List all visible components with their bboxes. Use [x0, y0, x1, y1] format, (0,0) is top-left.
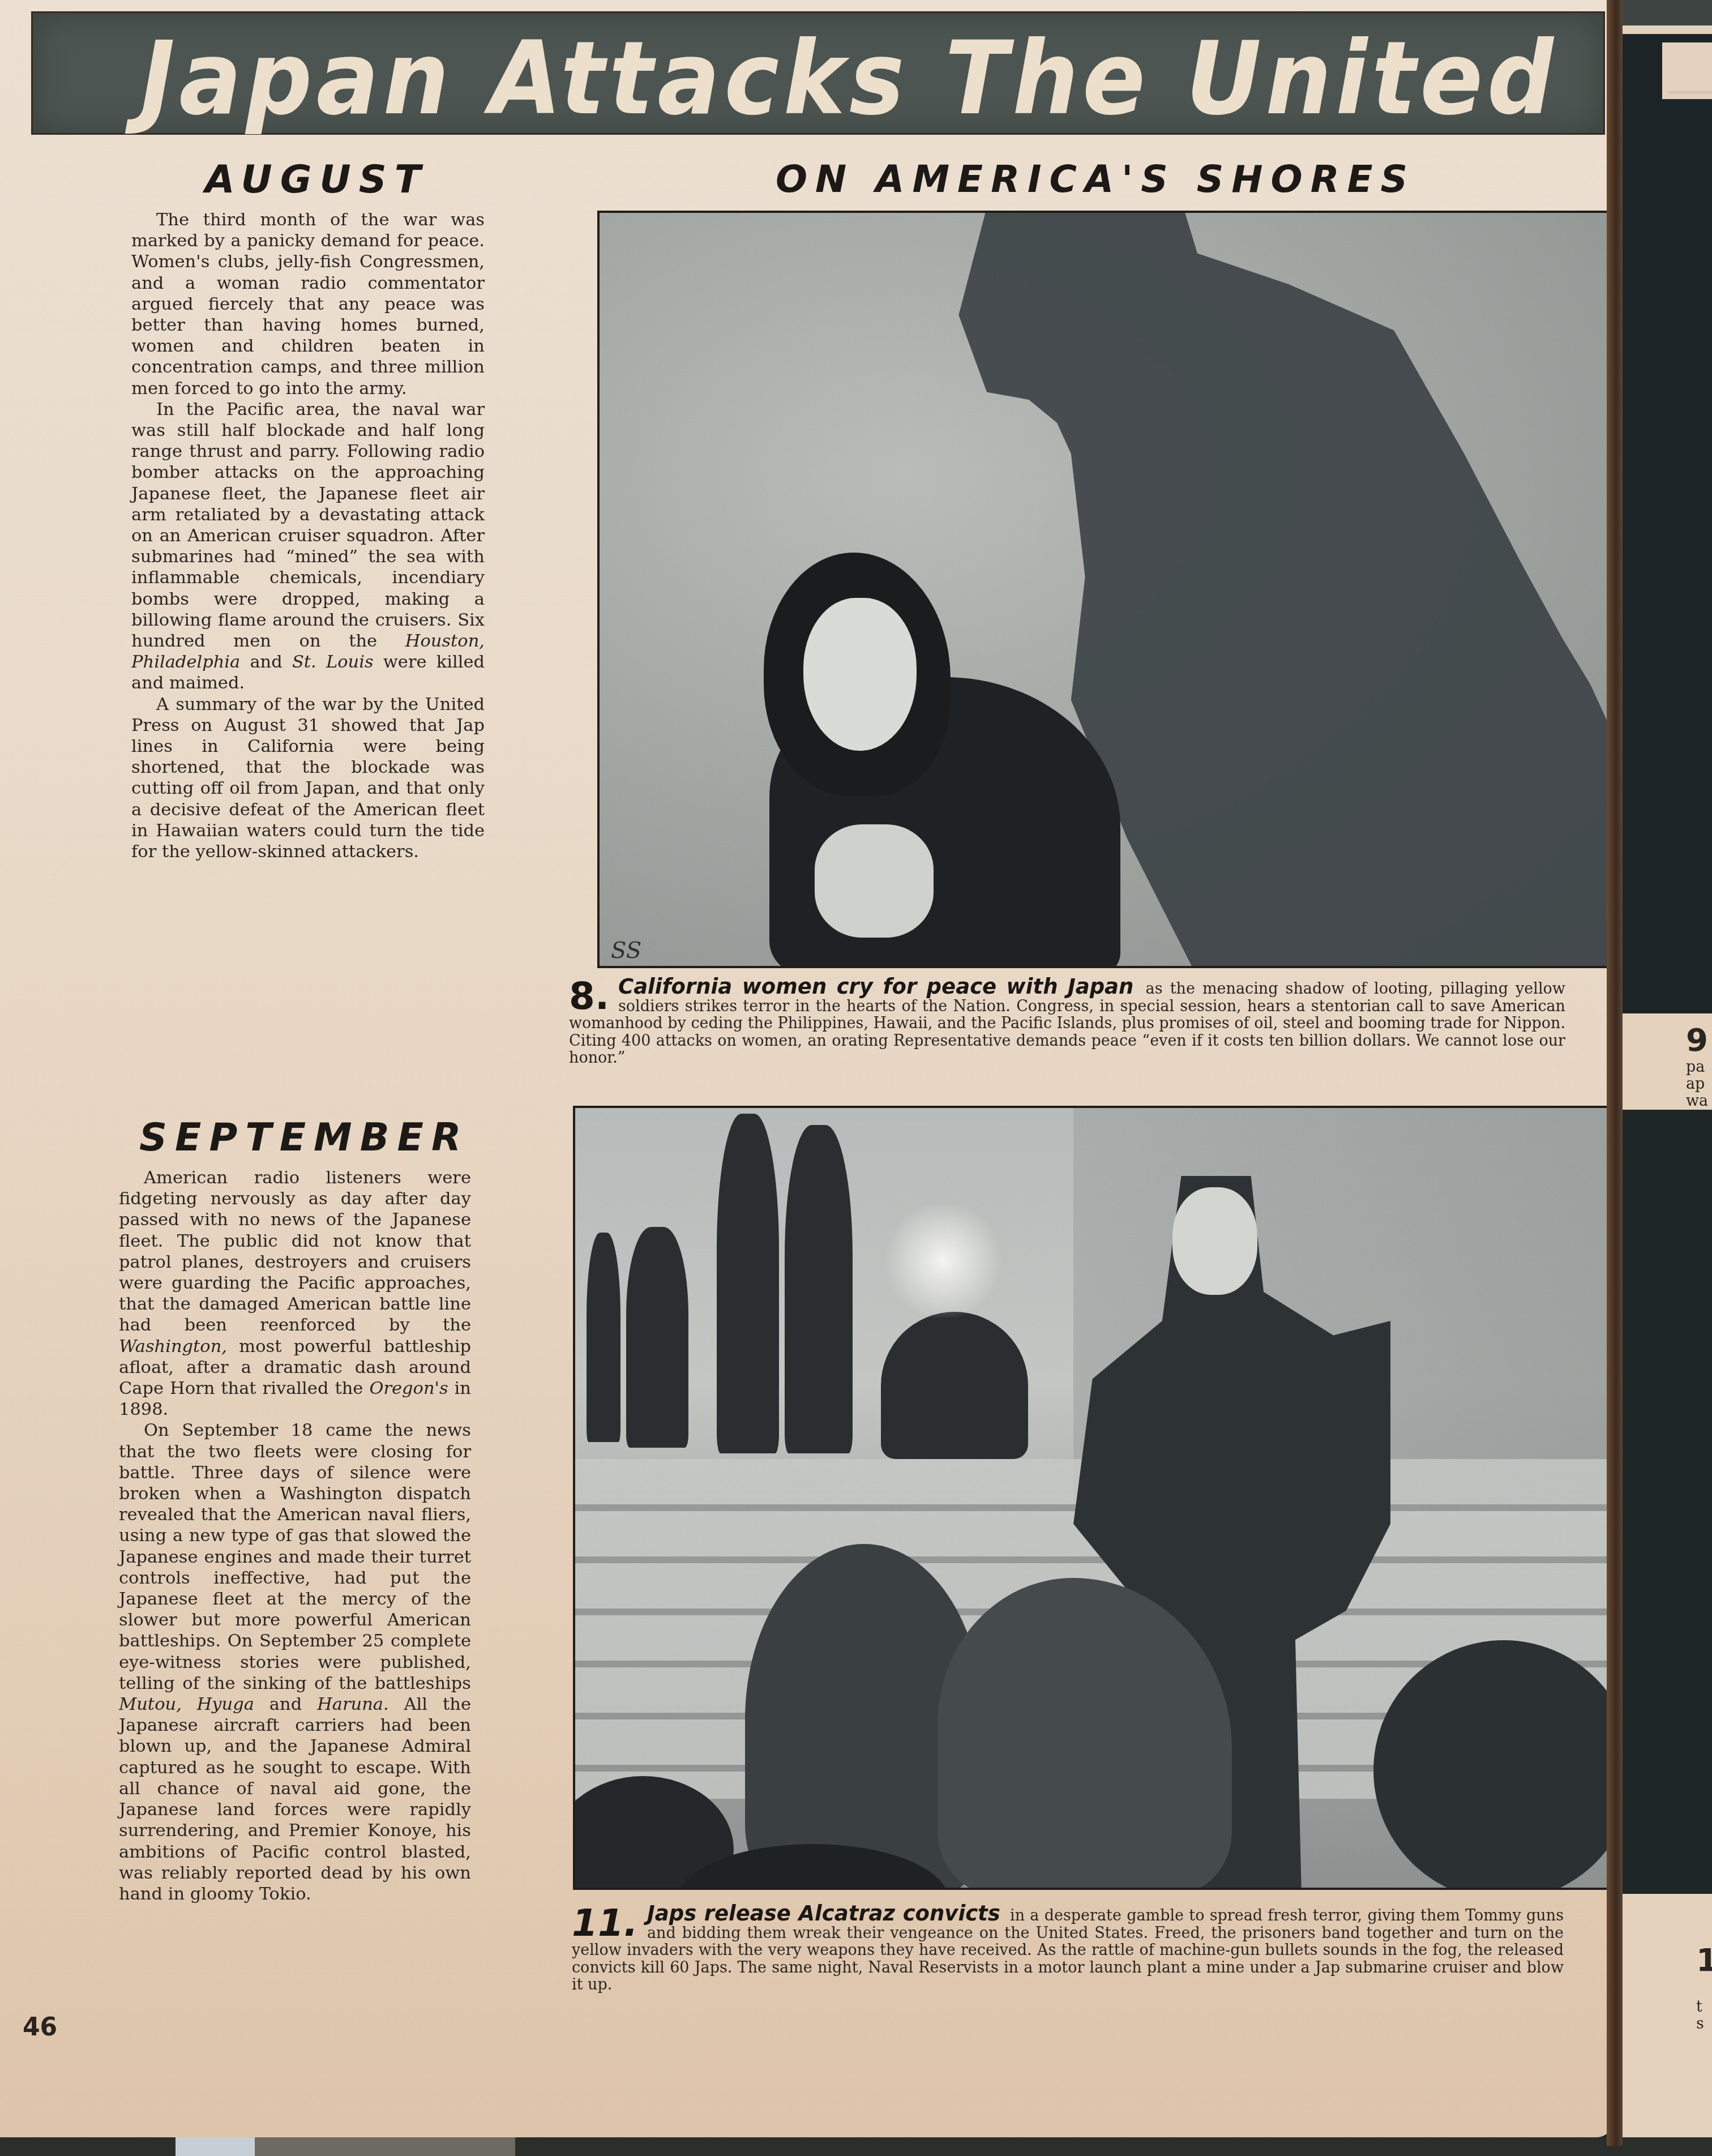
next-page-photo	[1623, 1110, 1712, 1894]
wounded-man-face	[1172, 1187, 1257, 1295]
illustration-frightened-woman: SS	[597, 211, 1611, 968]
section-heading: ON AMERICA'S SHORES	[776, 157, 1415, 201]
illustration-alcatraz-convicts	[573, 1106, 1613, 1890]
ship-names: Mutou, Hyuga	[119, 1695, 254, 1714]
september-paragraph-1: American radio listeners were fidgeting …	[119, 1167, 471, 1420]
august-paragraph-2: In the Pacific area, the naval war was s…	[131, 399, 485, 694]
header-banner: Japan Attacks The United	[31, 11, 1605, 135]
soldier-figure	[587, 1233, 620, 1442]
soldier-figure	[626, 1227, 688, 1448]
machine-gunner	[881, 1312, 1028, 1459]
next-page-caption-fragment: pa	[1686, 1059, 1705, 1076]
next-page-banner	[1623, 0, 1712, 25]
soldier-figure	[785, 1125, 853, 1453]
floor-strip	[255, 2137, 515, 2156]
caption-number: 11.	[572, 1906, 638, 1940]
next-page-caption-number: 1	[1696, 1942, 1712, 1979]
caption-lead: Japs release Alcatraz convicts	[647, 1901, 1000, 1926]
magazine-page: Japan Attacks The United AUGUST ON AMERI…	[0, 0, 1613, 2137]
ship-name: St. Louis	[292, 652, 374, 672]
caption-8: 8. California women cry for peace with J…	[569, 978, 1565, 1067]
next-page-photo-detail	[1668, 91, 1712, 94]
artist-signature: SS	[611, 938, 641, 964]
soldier-figure	[717, 1114, 779, 1453]
woman-face	[803, 598, 917, 751]
floor-strip	[176, 2137, 255, 2156]
page-number: 46	[23, 2013, 57, 2042]
next-page-photo	[1623, 34, 1712, 1013]
book-spine	[1607, 0, 1623, 2146]
background-floor	[0, 2137, 1712, 2156]
woman-hands	[815, 824, 934, 938]
ship-name: Oregon's	[369, 1379, 448, 1398]
ship-name: Haruna.	[317, 1695, 389, 1714]
september-column: American radio listeners were fidgeting …	[119, 1167, 471, 1905]
caption-11: 11. Japs release Alcatraz convicts in a …	[572, 1905, 1564, 1994]
ship-name: Washington,	[119, 1337, 227, 1357]
gun-flash	[881, 1204, 1005, 1317]
next-page-caption-number: 9	[1686, 1022, 1708, 1059]
august-heading: AUGUST	[205, 157, 429, 202]
august-column: The third month of the war was marked by…	[131, 209, 485, 862]
next-page-caption-fragment: s	[1696, 2016, 1704, 2033]
september-paragraph-2: On September 18 came the news that the t…	[119, 1420, 471, 1905]
september-heading: SEPTEMBER	[139, 1115, 469, 1160]
august-paragraph-3: A summary of the war by the United Press…	[131, 694, 485, 863]
caption-number: 8.	[569, 979, 609, 1013]
august-paragraph-1: The third month of the war was marked by…	[131, 209, 485, 399]
next-page-caption-fragment: t	[1696, 1999, 1702, 2016]
caption-lead: California women cry for peace with Japa…	[618, 974, 1133, 999]
next-page-edge: 9 pa ap wa 1 t s	[1623, 0, 1712, 2137]
next-page-caption-fragment: ap	[1686, 1076, 1705, 1093]
page-title: Japan Attacks The United	[140, 20, 1557, 137]
next-page-caption-fragment: wa	[1686, 1093, 1708, 1110]
